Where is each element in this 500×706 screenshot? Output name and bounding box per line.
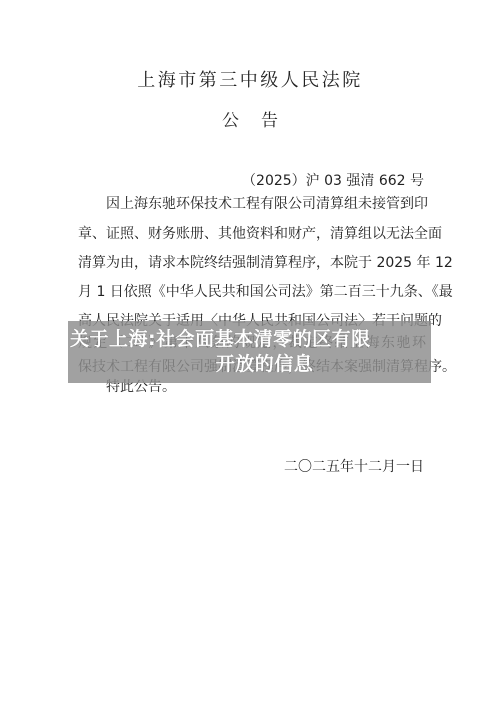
body-line: 章、证照、财务账册、其他资料和财产，清算组以无法全面 bbox=[78, 224, 426, 244]
headline-overlay-banner: 关于上海:社会面基本清零的区有限 开放的信息 bbox=[68, 321, 431, 383]
notice-heading: 公告 bbox=[0, 106, 500, 131]
body-line: 月 1 日依照《中华人民共和国公司法》第二百三十九条、《最 bbox=[78, 282, 426, 302]
notice-date: 二〇二五年十二月一日 bbox=[284, 456, 424, 476]
body-line: 清算为由，请求本院终结强制清算程序，本院于 2025 年 12 bbox=[78, 253, 426, 273]
headline-line-2: 开放的信息 bbox=[216, 352, 314, 377]
body-line: 因上海东驰环保技术工程有限公司清算组未接管到印 bbox=[106, 194, 426, 214]
headline-line-1: 关于上海:社会面基本清零的区有限 bbox=[68, 327, 371, 352]
case-number: （2025）沪 03 强清 662 号 bbox=[242, 170, 424, 190]
court-title: 上海市第三中级人民法院 bbox=[0, 66, 500, 92]
